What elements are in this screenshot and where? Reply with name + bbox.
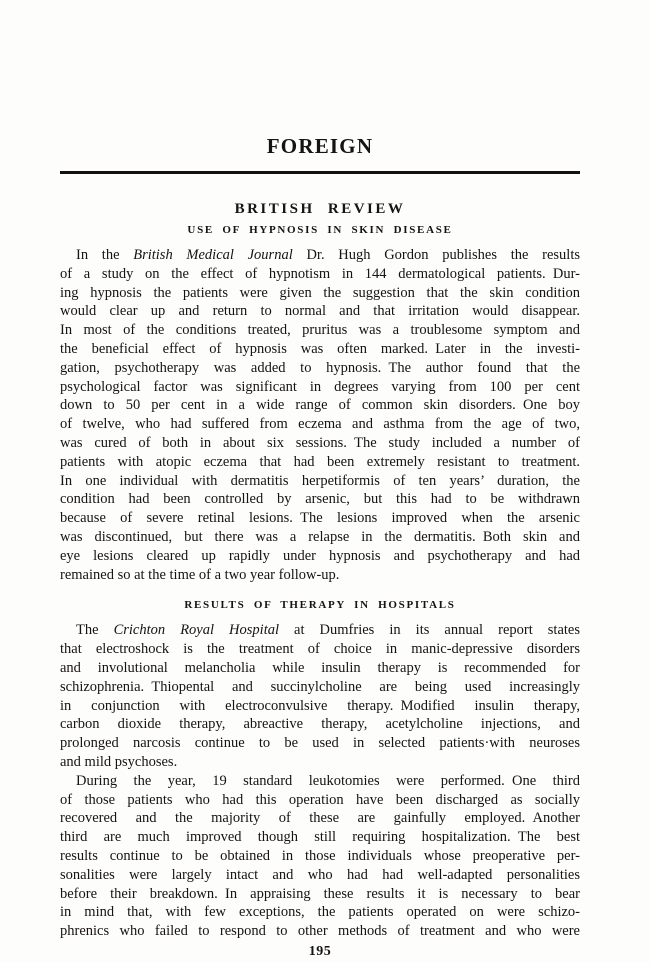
section-heading-british-review: BRITISH REVIEW bbox=[60, 201, 580, 217]
text-line: of those patients who had this operation… bbox=[60, 791, 580, 810]
text-line: remained so at the time of a two year fo… bbox=[60, 566, 580, 585]
text-column: FOREIGN BRITISH REVIEW USE OF HYPNOSIS I… bbox=[60, 0, 580, 959]
text-line: third are much improved though still req… bbox=[60, 828, 580, 847]
text-line: schizophrenia. Thiopental and succinylch… bbox=[60, 678, 580, 697]
text-line: and mild psychoses. bbox=[60, 753, 580, 772]
text-line: before their breakdown. In appraising th… bbox=[60, 885, 580, 904]
text-line: sonalities were largely intact and who h… bbox=[60, 866, 580, 885]
text-line: was discontinued, but there was a relaps… bbox=[60, 528, 580, 547]
text-line: In the British Medical Journal Dr. Hugh … bbox=[60, 246, 580, 265]
text-line: condition had been controlled by arsenic… bbox=[60, 490, 580, 509]
text-line: in conjunction with electroconvulsive th… bbox=[60, 697, 580, 716]
line-segment: In the bbox=[76, 247, 133, 263]
scanned-journal-page: FOREIGN BRITISH REVIEW USE OF HYPNOSIS I… bbox=[0, 0, 650, 963]
text-line: patients with atopic eczema that had bee… bbox=[60, 453, 580, 472]
text-line: ing hypnosis the patients were given the… bbox=[60, 284, 580, 303]
text-line: that electroshock is the treatment of ch… bbox=[60, 640, 580, 659]
line-segment: The bbox=[76, 622, 114, 638]
line-segment: at Dumfries in its annual report states bbox=[279, 622, 580, 638]
text-line: because of severe retinal lesions. The l… bbox=[60, 509, 580, 528]
subsection-heading-hypnosis: USE OF HYPNOSIS IN SKIN DISEASE bbox=[60, 224, 580, 237]
line-segment: Dr. Hugh Gordon publishes the results bbox=[293, 247, 580, 263]
text-line: results continue to be obtained in those… bbox=[60, 847, 580, 866]
text-line: of twelve, who had suffered from eczema … bbox=[60, 415, 580, 434]
text-line: phrenics who failed to respond to other … bbox=[60, 922, 580, 941]
text-line: of a study on the effect of hypnotism in… bbox=[60, 265, 580, 284]
text-line: the beneficial effect of hypnosis was of… bbox=[60, 340, 580, 359]
article-body: In the British Medical Journal Dr. Hugh … bbox=[60, 246, 580, 941]
text-line: carbon dioxide therapy, abreactive thera… bbox=[60, 715, 580, 734]
divider-rule bbox=[60, 171, 580, 174]
text-line: During the year, 19 standard leukotomies… bbox=[60, 772, 580, 791]
text-line: gation, psychotherapy was added to hypno… bbox=[60, 359, 580, 378]
hospital-name-italic: Crichton Royal Hospital bbox=[114, 622, 279, 638]
journal-title-italic: British Medical Journal bbox=[133, 247, 293, 263]
text-line: psychological factor was significant in … bbox=[60, 378, 580, 397]
page-title: FOREIGN bbox=[60, 134, 580, 158]
text-line: recovered and the majority of these are … bbox=[60, 809, 580, 828]
text-line: in mind that, with few exceptions, the p… bbox=[60, 903, 580, 922]
page-number: 195 bbox=[60, 944, 580, 959]
subsection-heading-therapy: RESULTS OF THERAPY IN HOSPITALS bbox=[60, 598, 580, 612]
text-line: eye lesions cleared up rapidly under hyp… bbox=[60, 547, 580, 566]
text-line: was cured of both in about six sessions.… bbox=[60, 434, 580, 453]
text-line: and involutional melancholia while insul… bbox=[60, 659, 580, 678]
text-line: down to 50 per cent in a wide range of c… bbox=[60, 396, 580, 415]
text-line: would clear up and return to normal and … bbox=[60, 302, 580, 321]
text-line: prolonged narcosis continue to be used i… bbox=[60, 734, 580, 753]
text-line: In one individual with dermatitis herpet… bbox=[60, 472, 580, 491]
text-line: In most of the conditions treated, pruri… bbox=[60, 321, 580, 340]
text-line: The Crichton Royal Hospital at Dumfries … bbox=[60, 621, 580, 640]
